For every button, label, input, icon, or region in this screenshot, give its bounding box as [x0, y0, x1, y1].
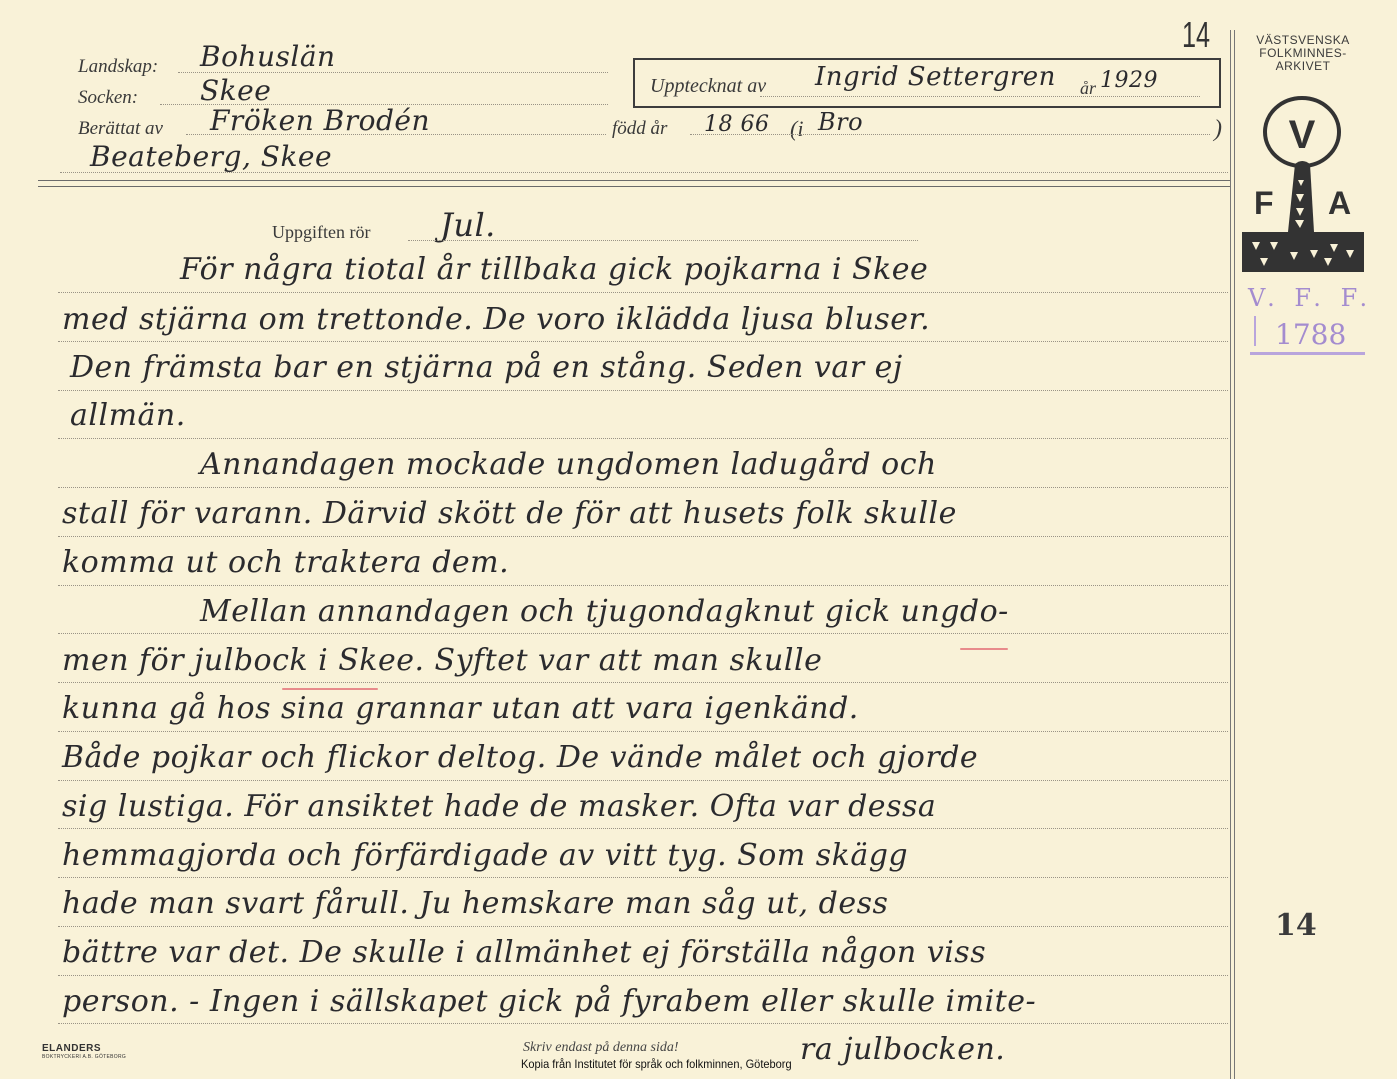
ruled-line — [58, 585, 1228, 586]
ruled-line — [58, 341, 1228, 342]
margin-line-1 — [1230, 30, 1231, 1079]
red-underline — [282, 688, 378, 690]
svg-text:F: F — [1254, 185, 1274, 221]
subject-value: Jul. — [440, 206, 496, 244]
body-line: stall för varann. Därvid skött de för at… — [62, 496, 957, 531]
body-line: ra julbocken. — [800, 1032, 1005, 1067]
stamp-bar — [1254, 316, 1256, 346]
margin-line-2 — [1234, 30, 1235, 1079]
corner-page-number: 14 — [1182, 14, 1210, 56]
printer-sub: BOKTRYCKERI A.B. GÖTEBORG — [42, 1054, 126, 1060]
upptecknat-label: Upptecknat av — [650, 75, 766, 98]
body-line: med stjärna om trettonde. De voro iklädd… — [62, 302, 930, 337]
address-value: Beateberg, Skee — [90, 140, 332, 173]
address-line — [60, 172, 1228, 173]
header-rule-top — [38, 180, 1230, 181]
printer-mark: ELANDERS BOKTRYCKERI A.B. GÖTEBORG — [42, 1043, 126, 1060]
ruled-line — [58, 877, 1228, 878]
vfa-hammer-logo-icon: V F A — [1240, 92, 1370, 282]
body-line: allmän. — [70, 398, 186, 433]
ruled-line — [58, 975, 1228, 976]
socken-value: Skee — [200, 74, 271, 107]
body-line: person. - Ingen i sällskapet gick på fyr… — [62, 984, 1036, 1019]
body-line: Annandagen mockade ungdomen ladugård och — [200, 447, 937, 482]
ruled-line — [58, 828, 1228, 829]
fodd-place-value: Bro — [818, 108, 863, 136]
subject-line — [408, 240, 918, 241]
body-line: sig lustiga. För ansiktet hade de masker… — [62, 789, 936, 824]
body-line: Den främsta bar en stjärna på en stång. … — [70, 350, 903, 385]
red-underline — [960, 648, 1008, 650]
landskap-value: Bohuslän — [200, 40, 336, 73]
landskap-label: Landskap: — [78, 56, 158, 78]
fodd-place-suffix: ) — [1214, 116, 1222, 143]
ruled-line — [58, 438, 1228, 439]
upptecknat-line — [760, 96, 1200, 97]
ruled-line — [58, 536, 1228, 537]
berattat-value: Fröken Brodén — [210, 104, 430, 137]
body-line: Mellan annandagen och tjugondagknut gick… — [200, 594, 1009, 629]
printer-name: ELANDERS — [42, 1043, 126, 1054]
upptecknat-year-value: 1929 — [1100, 68, 1158, 93]
upptecknat-value: Ingrid Settergren — [815, 62, 1056, 92]
body-line: Både pojkar och flickor deltog. De vände… — [62, 740, 978, 775]
write-instruction: Skriv endast på denna sida! — [523, 1040, 679, 1056]
stamp-underline — [1250, 352, 1365, 355]
svg-text:V: V — [1289, 113, 1316, 157]
copyright-notice: Kopia från Institutet för språk och folk… — [521, 1057, 792, 1071]
ruled-line — [58, 731, 1228, 732]
landskap-line — [178, 72, 608, 73]
ruled-line — [58, 487, 1228, 488]
page-number: 14 — [1275, 908, 1317, 943]
body-line: För några tiotal år tillbaka gick pojkar… — [180, 252, 928, 287]
ruled-line — [58, 292, 1228, 293]
stamp-number: 1788 — [1275, 318, 1346, 351]
fodd-label: född år — [612, 118, 667, 140]
body-line: kunna gå hos sina grannar utan att vara … — [62, 691, 859, 726]
svg-text:A: A — [1328, 185, 1351, 221]
archive-form-page: 14 Landskap: Bohuslän Socken: Skee Berät… — [0, 0, 1397, 1079]
header-rule-bottom — [38, 186, 1230, 187]
body-line: komma ut och traktera dem. — [62, 545, 509, 580]
fodd-line — [690, 134, 1210, 135]
body-line: hemmagjorda och förfärdigade av vitt tyg… — [62, 838, 908, 873]
archive-title-line3: ARKIVET — [1238, 60, 1368, 73]
body-line: men för julbock i Skee. Syftet var att m… — [62, 643, 822, 678]
socken-label: Socken: — [78, 87, 138, 109]
ruled-line — [58, 682, 1228, 683]
body-line: bättre var det. De skulle i allmänhet ej… — [62, 935, 986, 970]
ruled-line — [58, 926, 1228, 927]
archive-title: VÄSTSVENSKA FOLKMINNES- ARKIVET — [1238, 34, 1368, 73]
subject-label: Uppgiften rör — [272, 222, 370, 243]
ruled-line — [58, 1023, 1228, 1024]
berattat-label: Berättat av — [78, 118, 163, 140]
ruled-line — [58, 780, 1228, 781]
berattat-line — [186, 134, 606, 135]
fodd-place-prefix: (i — [790, 116, 803, 142]
ruled-line — [58, 390, 1228, 391]
stamp-vff: V. F. F. — [1248, 284, 1373, 312]
body-line: hade man svart fårull. Ju hemskare man s… — [62, 886, 888, 921]
ruled-line — [58, 633, 1228, 634]
